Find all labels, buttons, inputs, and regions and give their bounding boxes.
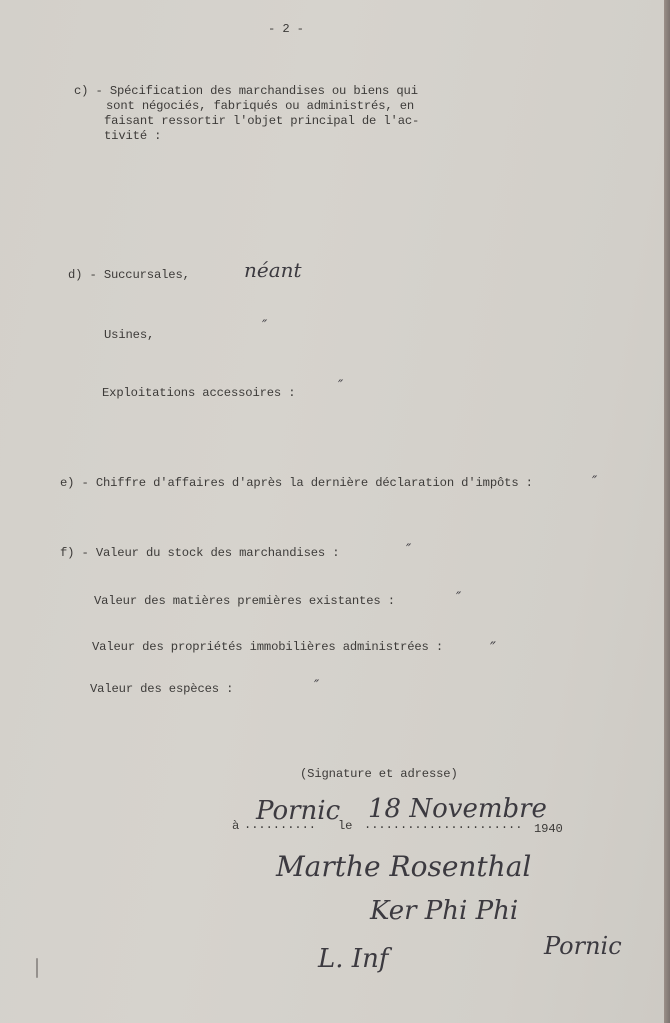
section-f-stock-value: ″	[406, 542, 413, 558]
section-d-usines-value: ″	[262, 318, 269, 334]
section-e-label: e) - Chiffre d'affaires d'après la derni…	[60, 476, 533, 491]
address-department: L. Inf	[318, 944, 388, 974]
address-city: Pornic	[544, 932, 622, 960]
section-c-line-2: faisant ressortir l'objet principal de l…	[104, 114, 419, 129]
signature-name: Marthe Rosenthal	[276, 850, 531, 883]
date-prefix: le	[338, 819, 352, 834]
section-d-exploitations-value: ″	[338, 378, 345, 394]
section-f-proprietes-label: Valeur des propriétés immobilières admin…	[92, 640, 443, 655]
document-page: - 2 - c) - Spécification des marchandise…	[0, 0, 664, 1023]
page-number: - 2 -	[268, 22, 304, 37]
page-edge	[664, 0, 670, 1023]
address-line-1: Ker Phi Phi	[370, 896, 518, 926]
section-f-matieres-value: ″	[456, 590, 463, 606]
section-d-succursales-label: d) - Succursales,	[68, 268, 190, 283]
year: 1940	[534, 822, 563, 837]
section-f-matieres-label: Valeur des matières premières existantes…	[94, 594, 395, 609]
section-c-line-1: sont négociés, fabriqués ou administrés,…	[106, 99, 414, 114]
section-d-usines-label: Usines,	[104, 328, 154, 343]
section-d-succursales-value: néant	[244, 258, 302, 282]
place-value: Pornic	[256, 796, 340, 826]
date-value: 18 Novembre	[368, 794, 547, 824]
section-e-value: ″	[592, 474, 599, 490]
section-f-proprietes-value: ″	[490, 638, 506, 657]
section-c-label: c) - Spécification des marchandises ou b…	[74, 84, 418, 99]
section-f-stock-label: f) - Valeur du stock des marchandises :	[60, 546, 339, 561]
section-f-especes-value: ″	[314, 678, 321, 694]
place-prefix: à	[232, 819, 239, 834]
section-f-especes-label: Valeur des espèces :	[90, 682, 233, 697]
paper-mark	[36, 958, 38, 978]
signature-caption: (Signature et adresse)	[300, 767, 458, 782]
section-c-line-3: tivité :	[104, 129, 161, 144]
section-d-exploitations-label: Exploitations accessoires :	[102, 386, 295, 401]
